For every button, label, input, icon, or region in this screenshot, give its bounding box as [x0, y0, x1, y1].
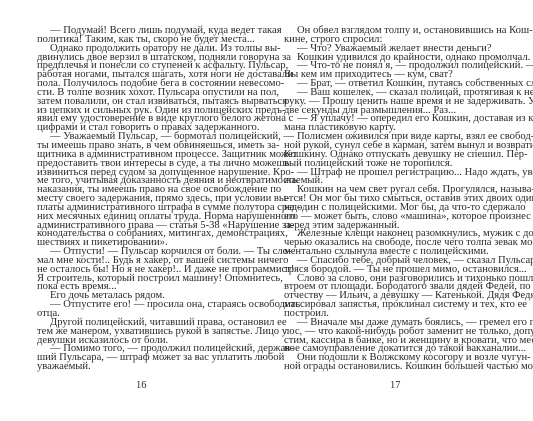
right-page-text: Он обвел взглядом толпу и, остановившись…	[284, 27, 496, 372]
text-line: ной ограды остановились. Кошкин большей …	[284, 363, 496, 372]
page-number-right: 17	[390, 380, 401, 391]
book-spread: — Подумай! Всего лишь подумай, куда веде…	[0, 0, 533, 421]
left-page: — Подумай! Всего лишь подумай, куда веде…	[0, 0, 266, 421]
left-page-text: — Подумай! Всего лишь подумай, куда веде…	[37, 27, 244, 372]
text-line: уважаемый.	[37, 363, 244, 372]
right-page: Он обвел взглядом толпу и, остановившись…	[266, 0, 533, 421]
page-number-left: 16	[136, 380, 147, 391]
text-line: — Отпустите его! — просила она, стараясь…	[37, 301, 244, 310]
